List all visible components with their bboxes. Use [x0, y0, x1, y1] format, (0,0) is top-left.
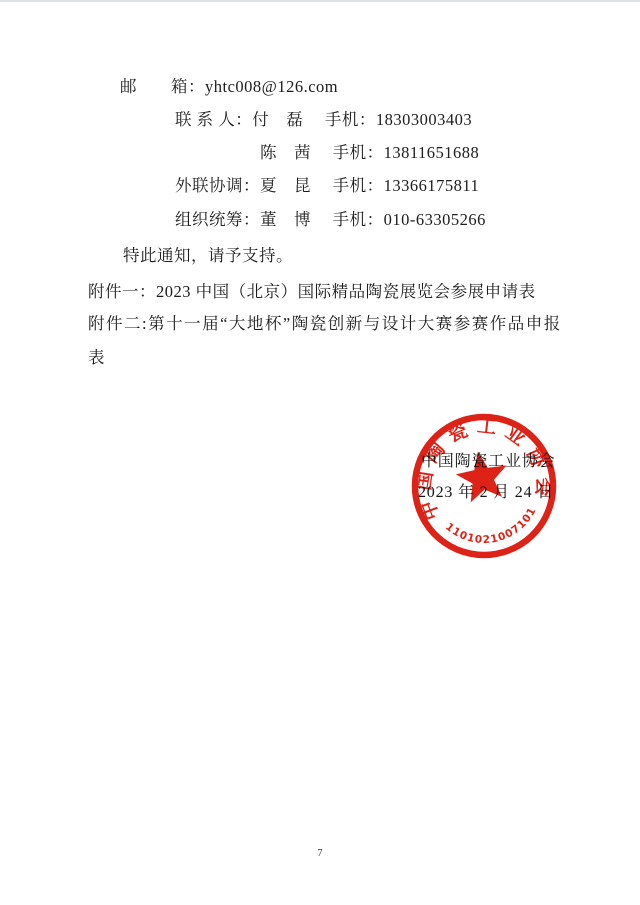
contact-line-organizer: 组织统筹：董 博 手机：010-63305266	[175, 211, 486, 229]
attachment-2-wrap-line: 表	[88, 349, 105, 367]
signature-date: 2023 年 2 月 24 日	[418, 484, 554, 501]
contact-line-coordination: 外联协调：夏 昆 手机：13366175811	[175, 177, 479, 195]
org-name-signature: 中国陶瓷工业协会	[421, 453, 555, 470]
contact-line-liaison-2: 陈 茜 手机：13811651688	[260, 144, 479, 162]
contact-line-email: 邮 箱：yhtc008@126.com	[120, 78, 338, 96]
attachment-2-line: 附件二:第十一届“大地杯”陶瓷创新与设计大赛参赛作品申报	[88, 315, 562, 333]
notice-line: 特此通知，请予支持。	[123, 247, 293, 265]
page-number: 7	[0, 848, 640, 859]
attachment-1-line: 附件一：2023 中国（北京）国际精品陶瓷展览会参展申请表	[88, 283, 536, 301]
contact-line-liaison-1: 联 系 人：付 磊 手机：18303003403	[175, 111, 472, 129]
document-page: 邮 箱：yhtc008@126.com 联 系 人：付 磊 手机：1830300…	[0, 0, 640, 905]
page-top-edge	[0, 0, 640, 2]
